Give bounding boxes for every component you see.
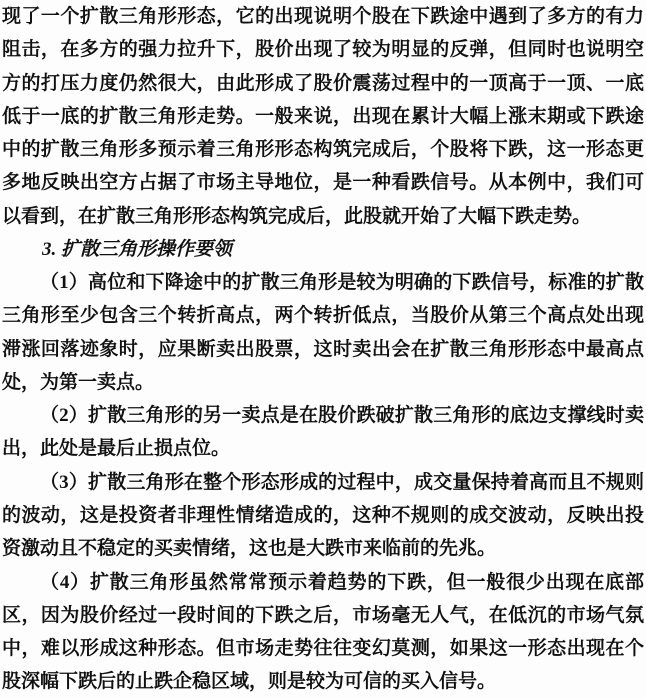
text-line: 三角形至少包含三个转折高点，两个转折低点，当股价从第三个高点处出现 [2,299,644,332]
text-line: 多地反映出空方占据了市场主导地位，是一种看跌信号。从本例中，我们可 [2,166,644,199]
text-line: （2）扩散三角形的另一卖点是在股价跌破扩散三角形的底边支撑线时卖 [2,399,644,432]
document-page: 现了一个扩散三角形形态，它的出现说明个股在下跌途中遇到了多方的有力 阻击，在多方… [0,0,646,699]
text-line: （1）高位和下降途中的扩散三角形是较为明确的下跌信号，标准的扩散 [2,266,644,299]
text-line: （3）扩散三角形在整个形态形成的过程中，成交量保持着高而且不规则 [2,466,644,499]
text-line: 阻击，在多方的强力拉升下，股价出现了较为明显的反弹，但同时也说明空 [2,33,644,66]
text-line: （4）扩散三角形虽然常常预示着趋势的下跌，但一般很少出现在底部 [2,566,644,599]
text-line: 股深幅下跌后的止跌企稳区域，则是较为可信的买入信号。 [2,665,644,698]
text-line: 低于一底的扩散三角形走势。一般来说，出现在累计大幅上涨末期或下跌途 [2,100,644,133]
section-heading: 3. 扩散三角形操作要领 [2,233,644,266]
text-line: 中，难以形成这种形态。但市场走势往往变幻莫测，如果这一形态出现在个 [2,632,644,665]
text-line: 的波动，这是投资者非理性情绪造成的，这种不规则的成交波动，反映出投 [2,499,644,532]
text-line: 出，此处是最后止损点位。 [2,432,644,465]
text-line: 资激动且不稳定的买卖情绪，这也是大跌市来临前的先兆。 [2,532,644,565]
text-line: 处，为第一卖点。 [2,366,644,399]
text-line: 以看到，在扩散三角形形态构筑完成后，此股就开始了大幅下跌走势。 [2,200,644,233]
text-line: 中的扩散三角形多预示着三角形形态构筑完成后，个股将下跌，这一形态更 [2,133,644,166]
text-line: 现了一个扩散三角形形态，它的出现说明个股在下跌途中遇到了多方的有力 [2,0,644,33]
text-line: 区，因为股价经过一段时间的下跌之后，市场毫无人气，在低沉的市场气氛 [2,599,644,632]
text-line: 滞涨回落迹象时，应果断卖出股票，这时卖出会在扩散三角形形态中最高点 [2,333,644,366]
text-line: 方的打压力度仍然很大，由此形成了股价震荡过程中的一顶高于一顶、一底 [2,67,644,100]
